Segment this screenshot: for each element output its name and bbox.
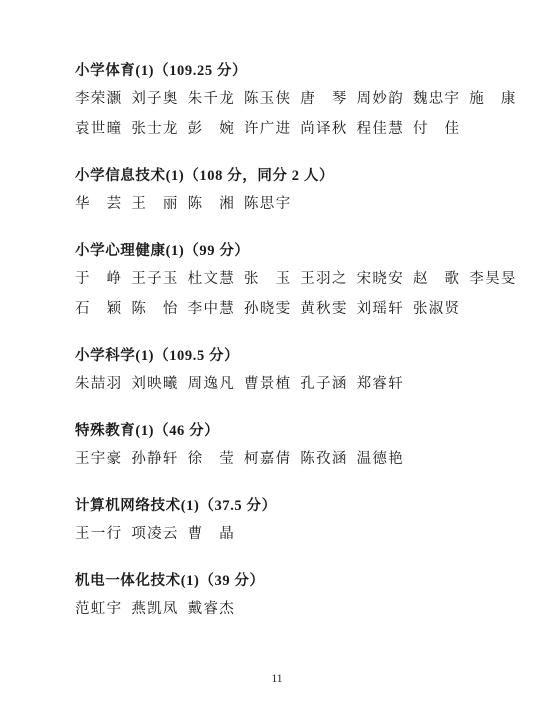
score-section-primary-science: 小学科学(1)（109.5 分） 朱喆羽 刘映曦 周逸凡 曹景植 孔子涵 郑睿轩	[75, 348, 504, 393]
names-line: 华 芸 王 丽 陈 湘 陈思宇	[75, 196, 504, 213]
names-line: 王宇豪 孙静轩 徐 莹 柯嘉倩 陈孜涵 温德艳	[75, 451, 504, 468]
names-line: 朱喆羽 刘映曦 周逸凡 曹景植 孔子涵 郑睿轩	[75, 376, 504, 393]
section-title: 特殊教育(1)（46 分）	[75, 423, 504, 440]
score-section-computer-network: 计算机网络技术(1)（37.5 分） 王一行 项凌云 曹 晶	[75, 498, 504, 543]
section-title: 小学信息技术(1)（108 分，同分 2 人）	[75, 168, 504, 185]
score-section-mechatronics: 机电一体化技术(1)（39 分） 范虹宇 燕凯凤 戴睿杰	[75, 573, 504, 618]
section-title: 小学心理健康(1)（99 分）	[75, 243, 504, 260]
document-page: 小学体育(1)（109.25 分） 李荣灏 刘子奥 朱千龙 陈玉侠 唐 琴 周妙…	[0, 0, 554, 717]
names-line: 王一行 项凌云 曹 晶	[75, 526, 504, 543]
page-number: 11	[0, 672, 554, 686]
page-content: 小学体育(1)（109.25 分） 李荣灏 刘子奥 朱千龙 陈玉侠 唐 琴 周妙…	[75, 63, 504, 618]
section-title: 机电一体化技术(1)（39 分）	[75, 573, 504, 590]
section-title: 小学科学(1)（109.5 分）	[75, 348, 504, 365]
score-section-primary-it: 小学信息技术(1)（108 分，同分 2 人） 华 芸 王 丽 陈 湘 陈思宇	[75, 168, 504, 213]
names-line: 石 颖 陈 怡 李中慧 孙晓雯 黄秋雯 刘瑶轩 张淑贤	[75, 301, 504, 318]
section-title: 计算机网络技术(1)（37.5 分）	[75, 498, 504, 515]
score-section-primary-psych: 小学心理健康(1)（99 分） 于 峥 王子玉 杜文慧 张 玉 王羽之 宋晓安 …	[75, 243, 504, 318]
names-line: 范虹宇 燕凯凤 戴睿杰	[75, 601, 504, 618]
score-section-primary-pe: 小学体育(1)（109.25 分） 李荣灏 刘子奥 朱千龙 陈玉侠 唐 琴 周妙…	[75, 63, 504, 138]
names-line: 于 峥 王子玉 杜文慧 张 玉 王羽之 宋晓安 赵 歌 李昊旻	[75, 271, 504, 288]
score-section-special-education: 特殊教育(1)（46 分） 王宇豪 孙静轩 徐 莹 柯嘉倩 陈孜涵 温德艳	[75, 423, 504, 468]
names-line: 袁世曈 张士龙 彭 婉 许广进 尚译秋 程佳慧 付 佳	[75, 121, 504, 138]
names-line: 李荣灏 刘子奥 朱千龙 陈玉侠 唐 琴 周妙韵 魏忠宇 施 康	[75, 91, 504, 108]
section-title: 小学体育(1)（109.25 分）	[75, 63, 504, 80]
